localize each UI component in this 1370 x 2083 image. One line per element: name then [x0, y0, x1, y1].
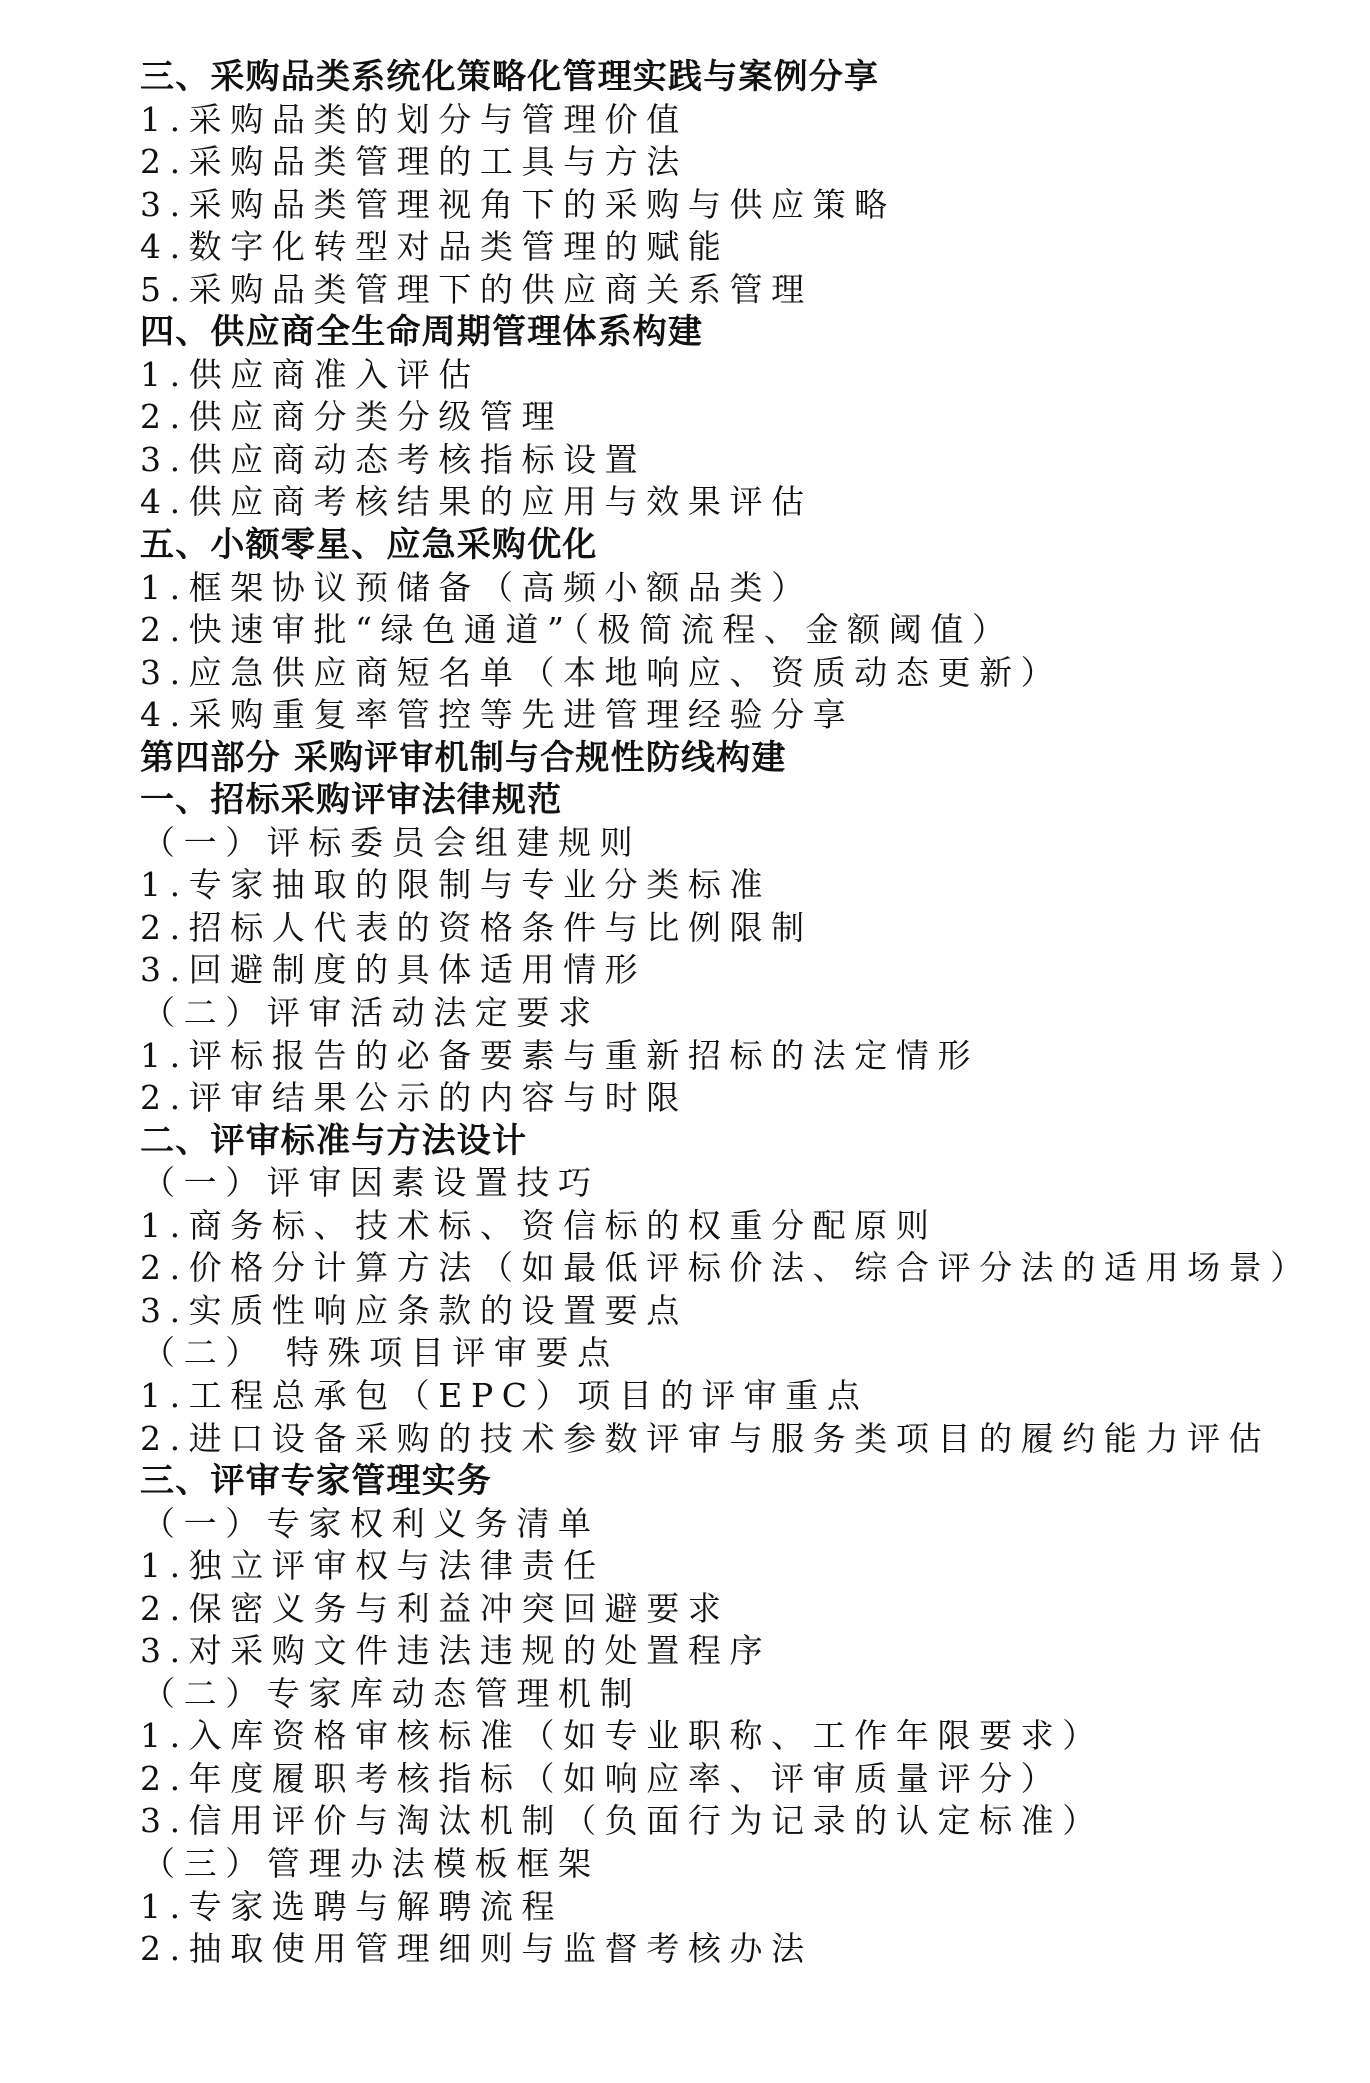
list-item: 2.年度履职考核指标（如响应率、评审质量评分） [140, 1758, 1330, 1801]
section-heading-3b: 三、评审专家管理实务 [140, 1460, 1330, 1503]
section-heading-3: 三、采购品类系统化策略化管理实践与案例分享 [140, 56, 1330, 99]
subsection-heading: （二）评审活动法定要求 [140, 992, 1330, 1035]
section-heading-2: 二、评审标准与方法设计 [140, 1120, 1330, 1163]
list-item: 1.框架协议预储备（高频小额品类） [140, 567, 1330, 610]
list-item: 3.实质性响应条款的设置要点 [140, 1290, 1330, 1333]
list-item: 3.采购品类管理视角下的采购与供应策略 [140, 184, 1330, 227]
list-item: 2.抽取使用管理细则与监督考核办法 [140, 1928, 1330, 1971]
list-item: 3.对采购文件违法违规的处置程序 [140, 1630, 1330, 1673]
subsection-heading: （一）专家权利义务清单 [140, 1503, 1330, 1546]
list-item: 2.价格分计算方法（如最低评标价法、综合评分法的适用场景） [140, 1247, 1330, 1290]
list-item: 1.专家选聘与解聘流程 [140, 1886, 1330, 1929]
list-item: 1.采购品类的划分与管理价值 [140, 99, 1330, 142]
list-item: 2.供应商分类分级管理 [140, 396, 1330, 439]
list-item: 1.供应商准入评估 [140, 354, 1330, 397]
subsection-heading: （三）管理办法模板框架 [140, 1843, 1330, 1886]
list-item: 3.回避制度的具体适用情形 [140, 949, 1330, 992]
list-item: 1.商务标、技术标、资信标的权重分配原则 [140, 1205, 1330, 1248]
list-item: 2.快速审批“绿色通道”（极简流程、金额阈值） [140, 609, 1330, 652]
list-item: 2.招标人代表的资格条件与比例限制 [140, 907, 1330, 950]
subsection-heading: （二）专家库动态管理机制 [140, 1673, 1330, 1716]
section-heading-5: 五、小额零星、应急采购优化 [140, 524, 1330, 567]
list-item: 3.信用评价与淘汰机制（负面行为记录的认定标准） [140, 1800, 1330, 1843]
list-item: 3.应急供应商短名单（本地响应、资质动态更新） [140, 652, 1330, 695]
list-item: 1.专家抽取的限制与专业分类标准 [140, 864, 1330, 907]
subsection-heading: （一）评审因素设置技巧 [140, 1162, 1330, 1205]
list-item: 3.供应商动态考核指标设置 [140, 439, 1330, 482]
section-heading-1: 一、招标采购评审法律规范 [140, 779, 1330, 822]
list-item: 1.入库资格审核标准（如专业职称、工作年限要求） [140, 1715, 1330, 1758]
document-page: 三、采购品类系统化策略化管理实践与案例分享 1.采购品类的划分与管理价值 2.采… [140, 56, 1330, 1971]
list-item: 1.评标报告的必备要素与重新招标的法定情形 [140, 1035, 1330, 1078]
part-heading: 第四部分 采购评审机制与合规性防线构建 [140, 737, 1330, 780]
list-item: 4.数字化转型对品类管理的赋能 [140, 226, 1330, 269]
list-item: 1.独立评审权与法律责任 [140, 1545, 1330, 1588]
list-item: 2.采购品类管理的工具与方法 [140, 141, 1330, 184]
list-item: 5.采购品类管理下的供应商关系管理 [140, 269, 1330, 312]
list-item: 2.进口设备采购的技术参数评审与服务类项目的履约能力评估 [140, 1418, 1330, 1461]
subsection-heading: （一）评标委员会组建规则 [140, 822, 1330, 865]
list-item: 4.采购重复率管控等先进管理经验分享 [140, 694, 1330, 737]
list-item: 2.评审结果公示的内容与时限 [140, 1077, 1330, 1120]
subsection-heading: （二） 特殊项目评审要点 [140, 1332, 1330, 1375]
list-item: 4.供应商考核结果的应用与效果评估 [140, 481, 1330, 524]
list-item: 1.工程总承包（EPC）项目的评审重点 [140, 1375, 1330, 1418]
section-heading-4: 四、供应商全生命周期管理体系构建 [140, 311, 1330, 354]
list-item: 2.保密义务与利益冲突回避要求 [140, 1588, 1330, 1631]
